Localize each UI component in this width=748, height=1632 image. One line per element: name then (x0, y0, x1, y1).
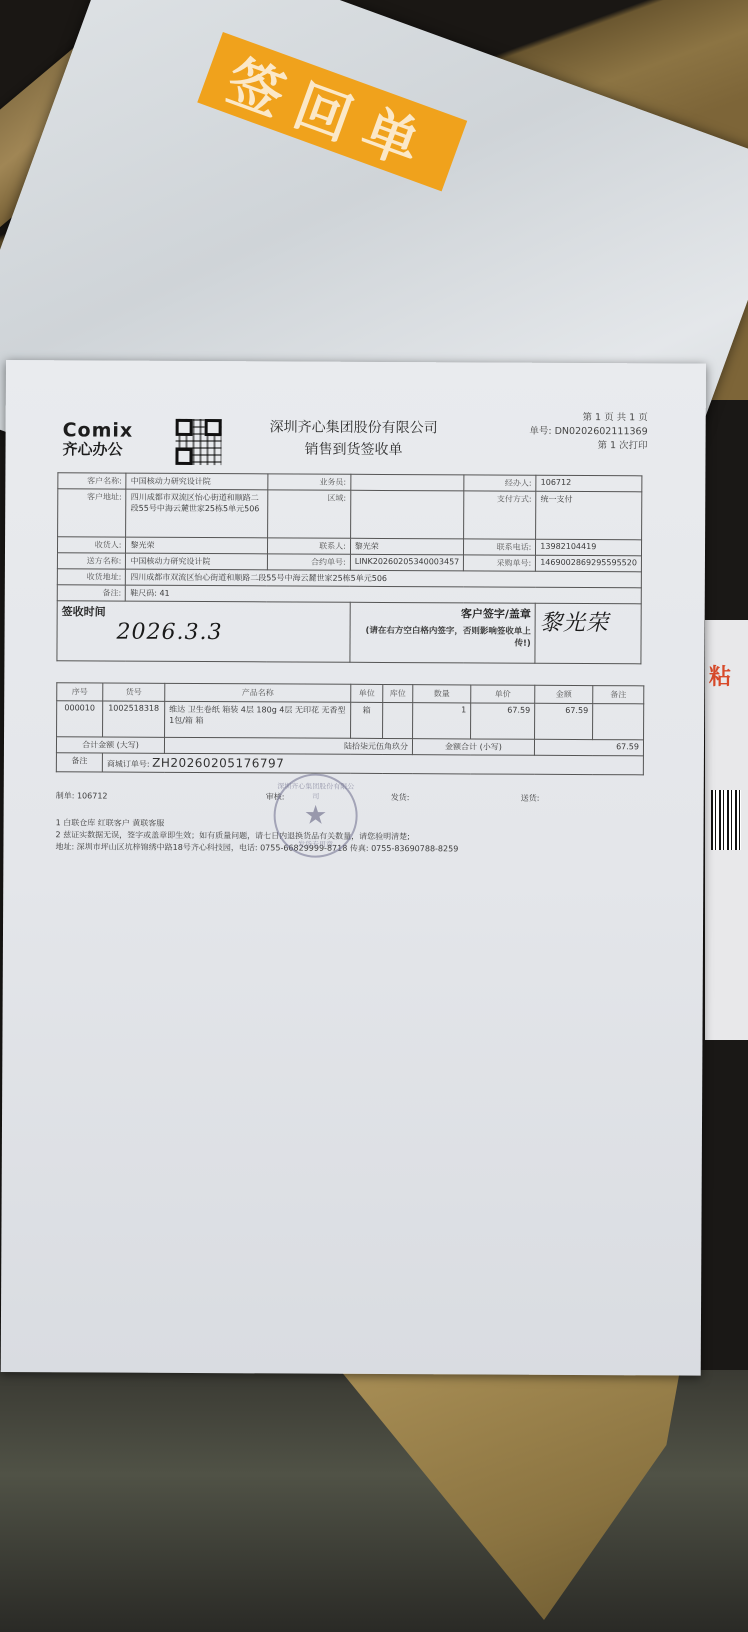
brand-name-cn: 齐心办公 (62, 440, 133, 458)
contact: 黎光荣 (350, 538, 464, 555)
sign-time-label: 签收时间 (62, 603, 346, 620)
salesperson (351, 474, 465, 491)
item-sku: 1002518318 (103, 701, 165, 737)
item-seq: 000010 (57, 701, 103, 737)
side-label-text: 粘 (709, 660, 731, 691)
maker: 制单: 106712 (56, 790, 266, 802)
side-shipping-label: 粘 (705, 620, 748, 1040)
column-header: 序号 (57, 683, 103, 701)
label: 合约单号: (267, 554, 350, 570)
item-unit-price: 67.59 (471, 703, 535, 739)
column-header: 产品名称 (165, 683, 351, 702)
doc-title: 销售到货签收单 (253, 438, 453, 459)
item-name: 维达 卫生卷纸 箱装 4层 180g 4层 无印花 无香型 1包/箱 箱 (165, 701, 351, 738)
doc-number: 单号: DN0202602111369 (529, 425, 647, 440)
label: 支付方式: (464, 491, 536, 539)
customer-name: 中国核动力研究设计院 (126, 473, 267, 490)
star-icon: ★ (304, 801, 327, 831)
company-name: 深圳齐心集团股份有限公司 (254, 416, 454, 437)
label: 备注: (57, 585, 126, 601)
order-remark-label: 备注 (56, 753, 102, 772)
signature-prompt: 客户签字/盖章 (请在右方空白格内签字，否则影响签收单上传!) (350, 602, 536, 663)
qr-code-icon (175, 419, 221, 465)
column-header: 货号 (103, 683, 165, 701)
deliver-label: 送货: (521, 793, 540, 804)
brand-name-en: Comix (63, 420, 134, 440)
signature-note: (请在右方空白格内签字，否则影响签收单上传!) (354, 624, 531, 649)
photo-scene: 签回单 粘 Comix 齐心办公 深圳齐心集团股份有限公司 销售到货签收单 第 … (0, 0, 748, 1632)
label: 客户名称: (58, 473, 127, 489)
label: 经办人: (464, 475, 536, 491)
ship-to: 中国核动力研究设计院 (126, 553, 267, 570)
handler: 106712 (536, 475, 642, 492)
contract-no: LINK20260205340003457 (350, 554, 464, 571)
total-upper-label: 合计金额 (大写) (56, 737, 164, 754)
signature-box[interactable]: 黎光荣 (535, 603, 641, 664)
label: 业务员: (268, 474, 351, 490)
item-qty: 1 (413, 703, 471, 739)
signature-handwritten: 黎光荣 (540, 606, 637, 638)
page-info: 第 1 页 共 1 页 (529, 411, 647, 426)
item-location (383, 702, 413, 738)
signature-label: 客户签字/盖章 (354, 605, 531, 622)
delivery-receipt: Comix 齐心办公 深圳齐心集团股份有限公司 销售到货签收单 第 1 页 共 … (1, 360, 706, 1376)
receiver: 黎光荣 (126, 537, 267, 554)
label: 收货人: (57, 537, 126, 553)
phone: 13982104419 (536, 539, 642, 556)
items-table: 序号货号产品名称单位库位数量单价金额备注 0000101002518318维达 … (56, 682, 644, 775)
label: 送方名称: (57, 553, 126, 569)
column-header: 单价 (471, 685, 535, 703)
customer-info-table: 客户名称: 中国核动力研究设计院 业务员: 经办人: 106712 客户地址: … (56, 472, 642, 664)
total-lower-label: 金额合计 (小写) (412, 739, 534, 756)
order-remark: 商城订单号: ZH20260205176797 (102, 753, 643, 775)
item-unit: 箱 (351, 702, 383, 738)
doc-title-block: 深圳齐心集团股份有限公司 销售到货签收单 (253, 416, 453, 459)
order-number: ZH20260205176797 (152, 756, 284, 771)
label: 区域: (267, 490, 350, 538)
item-amount: 67.59 (535, 703, 593, 739)
table-row: 0000101002518318维达 卫生卷纸 箱装 4层 180g 4层 无印… (57, 701, 644, 740)
company-seal-stamp: 深圳齐心集团股份有限公司 ★ 发货专用章 (273, 773, 357, 857)
column-header: 备注 (593, 686, 644, 704)
column-header: 库位 (383, 684, 413, 702)
print-count: 第 1 次打印 (529, 439, 647, 454)
column-header: 单位 (351, 684, 383, 702)
total-lower: 67.59 (534, 739, 643, 756)
label: 客户地址: (58, 489, 127, 537)
envelope-label: 签回单 (197, 32, 467, 191)
label: 联系电话: (464, 539, 536, 555)
doc-meta: 第 1 页 共 1 页 单号: DN0202602111369 第 1 次打印 (529, 411, 647, 454)
sign-time-cell: 签收时间 2026.3.3 (57, 601, 350, 663)
customer-address: 四川成都市双流区怡心街道和顺路二段55号中海云麓世家25栋5单元506 (126, 489, 268, 538)
label: 联系人: (267, 538, 350, 554)
barcode-icon (711, 790, 741, 850)
payment-method: 统一支付 (536, 491, 642, 540)
sign-time-handwritten: 2026.3.3 (117, 620, 346, 646)
purchase-no: 1469002869295595520 (536, 555, 642, 572)
label: 采购单号: (464, 555, 536, 571)
total-upper: 陆拾柒元伍角玖分 (164, 737, 412, 754)
column-header: 数量 (413, 685, 471, 703)
ship-label: 发货: (391, 792, 521, 804)
brand-logo: Comix 齐心办公 (62, 420, 133, 458)
region (350, 490, 464, 539)
column-header: 金额 (535, 685, 593, 703)
item-remark (593, 704, 644, 740)
label: 收货地址: (57, 569, 126, 585)
